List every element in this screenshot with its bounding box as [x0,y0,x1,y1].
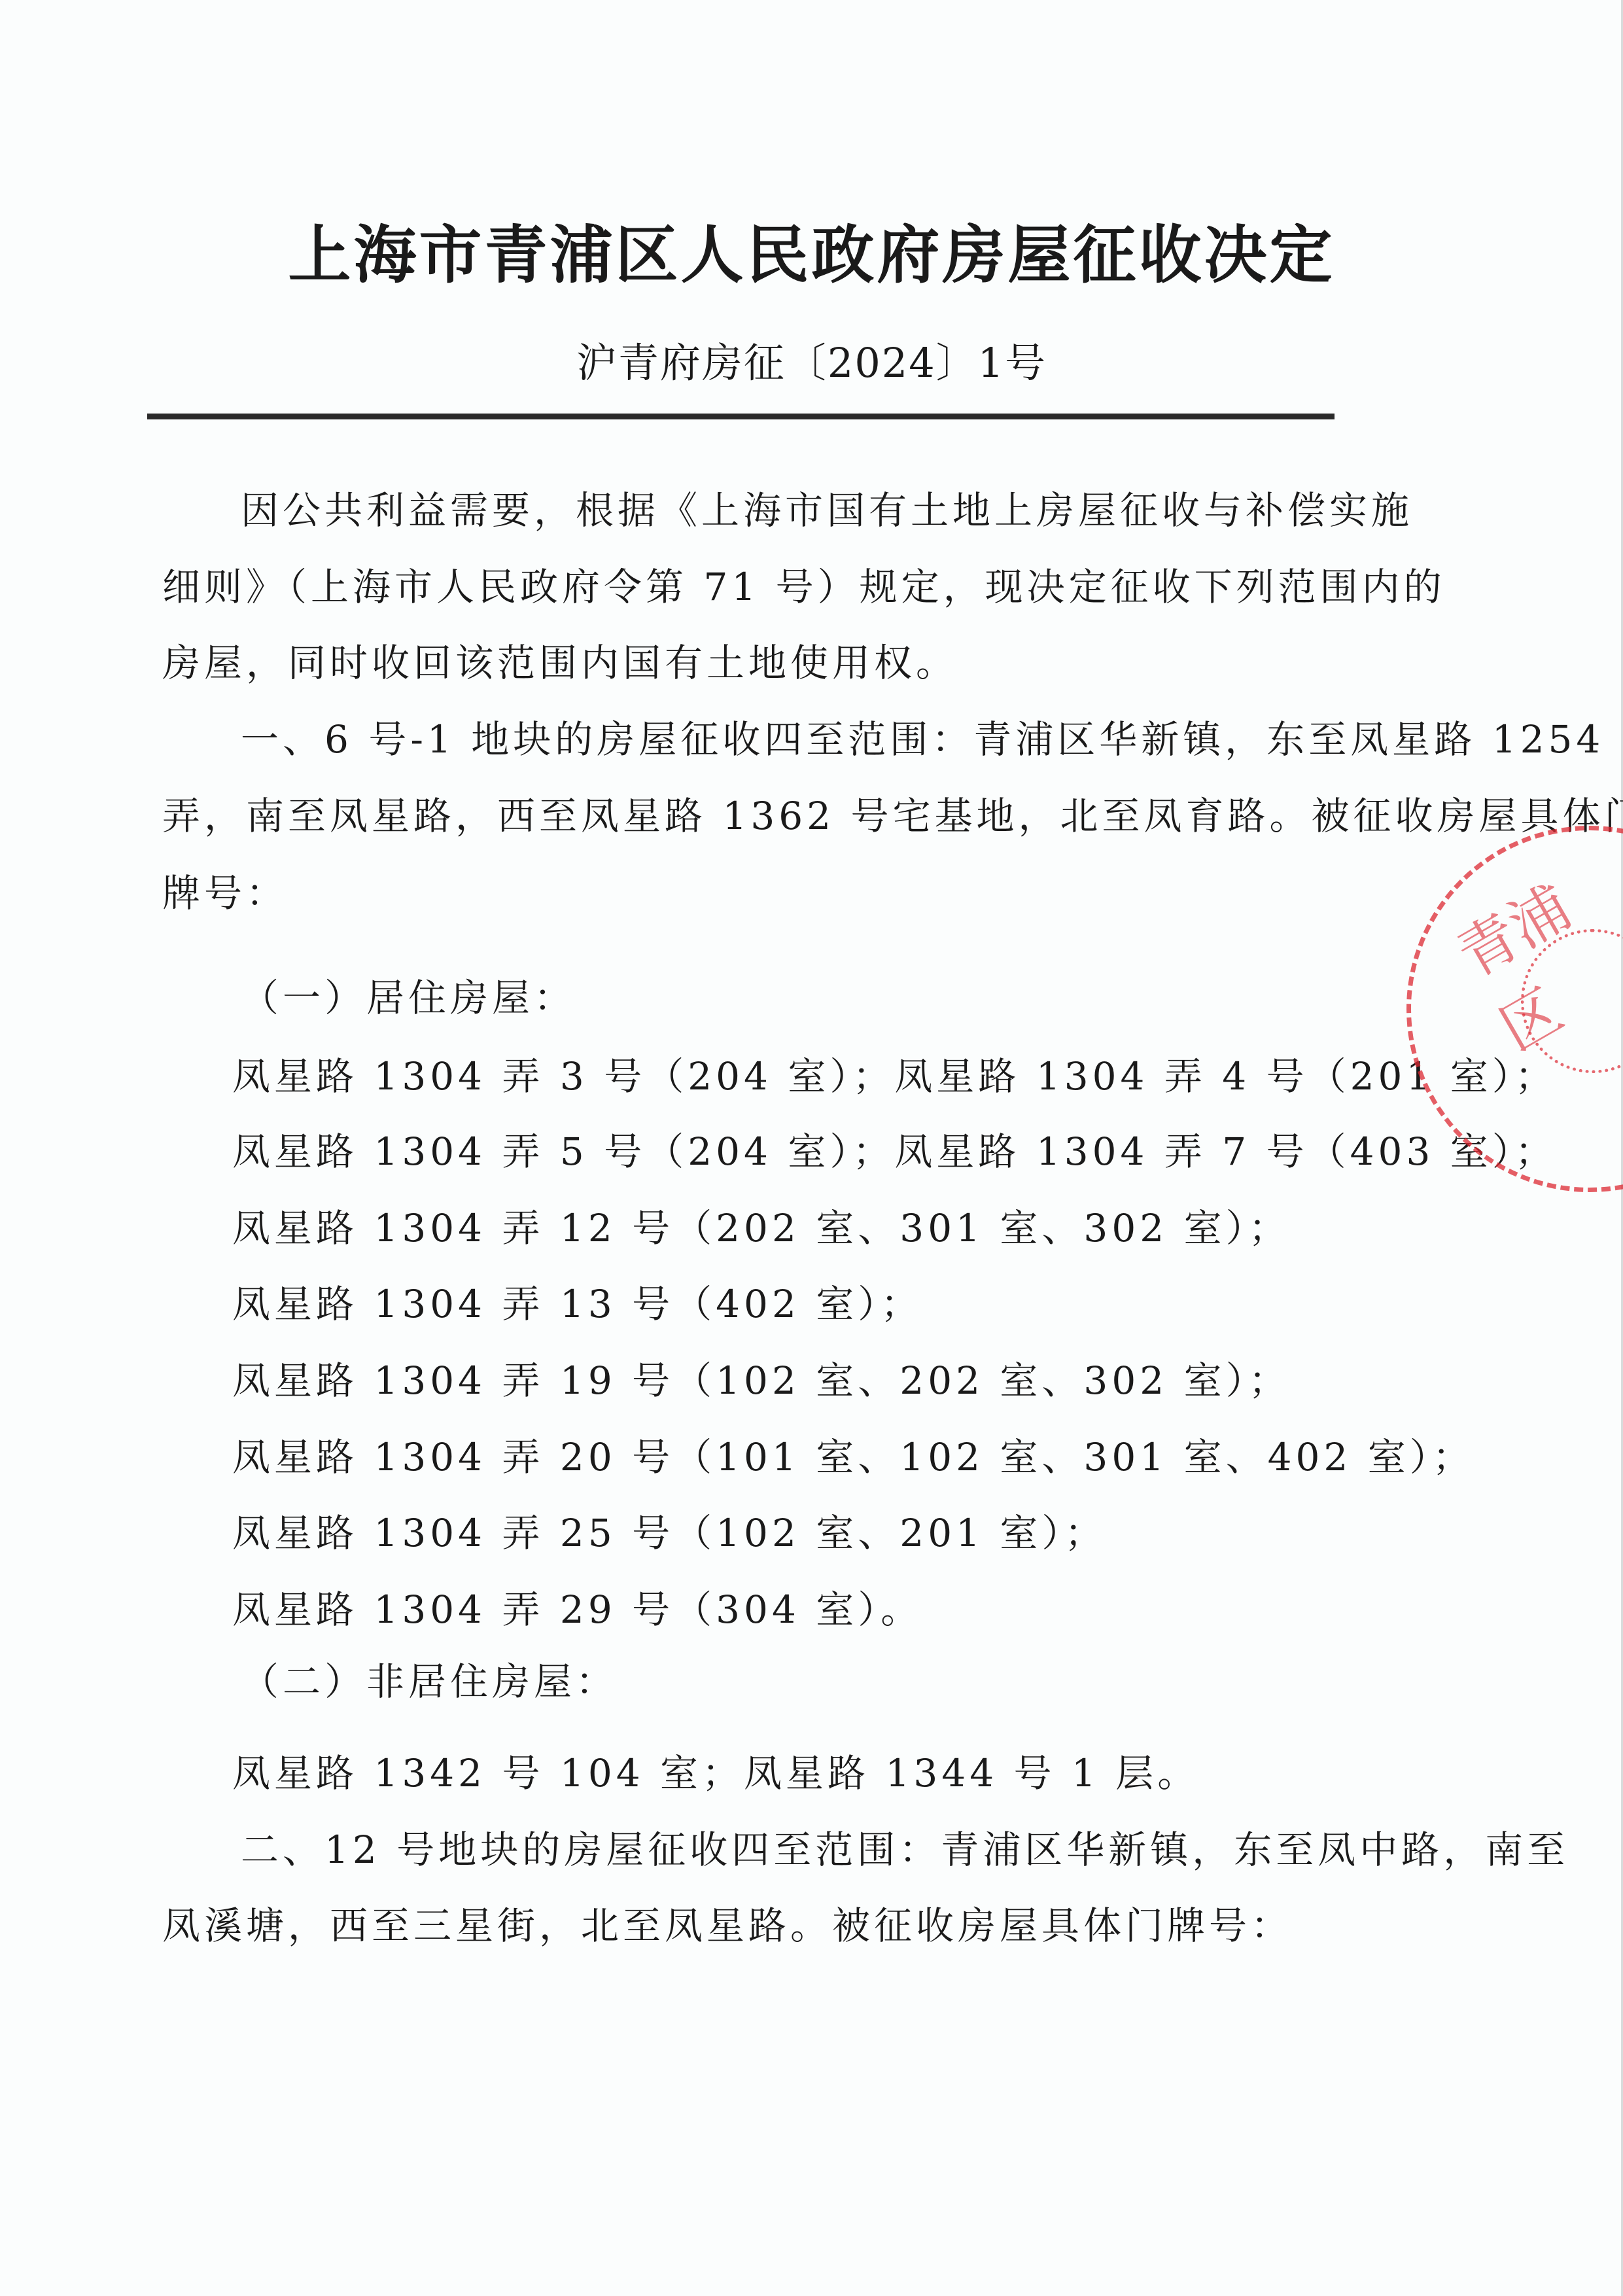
residential-item: 凤星路 1304 弄 19 号（102 室、202 室、302 室）； [232,1358,1291,1404]
residential-item: 凤星路 1304 弄 20 号（101 室、102 室、301 室、402 室）… [232,1434,1475,1480]
preamble-line-2: 细则》（上海市人民政府令第 71 号）规定，现决定征收下列范围内的 [162,564,1446,610]
section2-line-1: 二、12 号地块的房屋征收四至范围：青浦区华新镇，东至凤中路，南至 [241,1827,1569,1873]
section1-line-1: 一、6 号-1 地块的房屋征收四至范围：青浦区华新镇，东至凤星路 1254 [241,716,1604,762]
document-number: 沪青府房征〔2024〕1号 [0,337,1623,389]
document-title: 上海市青浦区人民政府房屋征收决定 [0,219,1623,291]
preamble-line-1: 因公共利益需要，根据《上海市国有土地上房屋征收与补偿实施 [241,487,1452,533]
section1-line-3: 牌号： [162,870,288,916]
preamble-line-3: 房屋，同时收回该范围内国有土地使用权。 [162,640,958,686]
non-residential-label: （二）非居住房屋： [241,1659,618,1704]
header-divider [147,414,1335,419]
residential-item: 凤星路 1304 弄 12 号（202 室、301 室、302 室）； [232,1205,1291,1251]
section2-line-2: 凤溪塘，西至三星街，北至凤星路。被征收房屋具体门牌号： [162,1903,1293,1949]
section1-line-2: 弄，南至凤星路，西至凤星路 1362 号宅基地，北至凤育路。被征收房屋具体门 [162,793,1623,839]
residential-item: 凤星路 1304 弄 25 号（102 室、201 室）； [232,1510,1106,1556]
residential-item: 凤星路 1304 弄 13 号（402 室）； [232,1281,922,1327]
residential-item: 凤星路 1304 弄 5 号（204 室）；凤星路 1304 弄 7 号（403… [232,1129,1557,1174]
non-residential-item: 凤星路 1342 号 104 室；凤星路 1344 号 1 层。 [232,1750,1199,1796]
residential-item: 凤星路 1304 弄 3 号（204 室）；凤星路 1304 弄 4 号（201… [232,1053,1557,1099]
residential-label: （一）居住房屋： [241,975,576,1021]
residential-item: 凤星路 1304 弄 29 号（304 室）。 [232,1587,922,1633]
document-page: 上海市青浦区人民政府房屋征收决定 沪青府房征〔2024〕1号 因公共利益需要，根… [0,0,1623,2296]
